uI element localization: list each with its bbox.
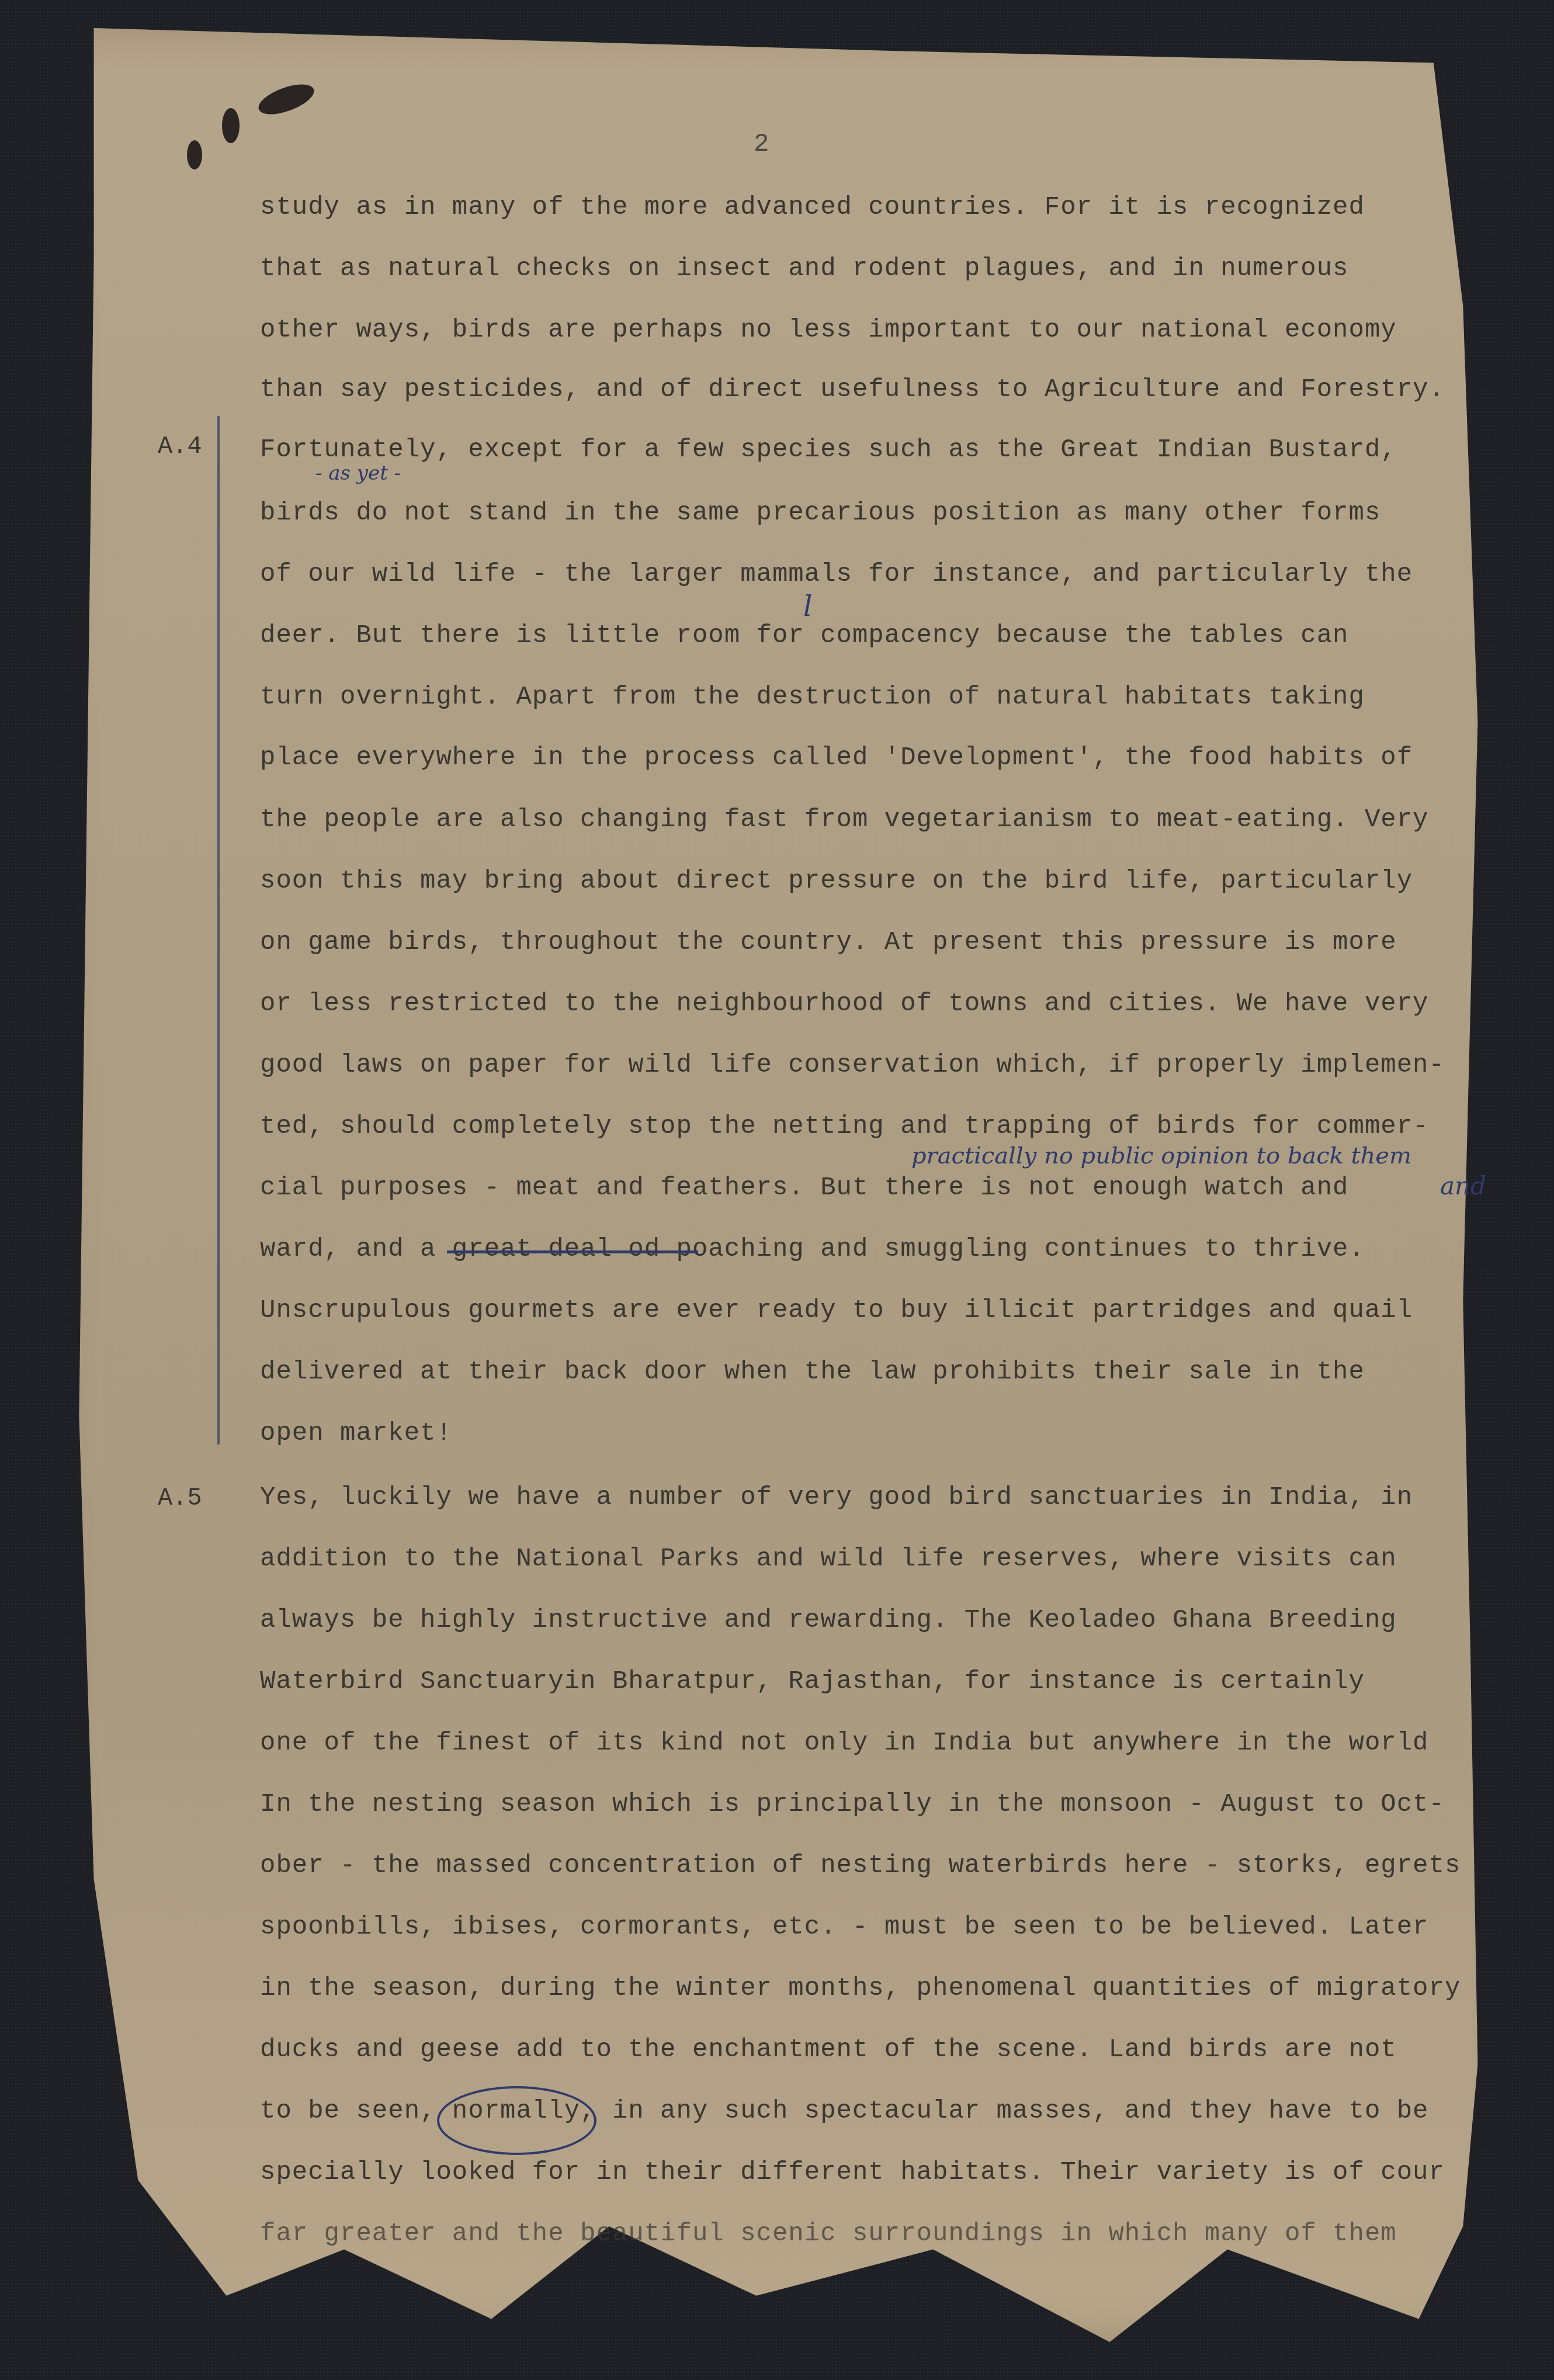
text-line: deer. But there is little room for compa… (260, 621, 1349, 650)
text-line: cial purposes - meat and feathers. But t… (260, 1173, 1349, 1203)
margin-bracket (217, 416, 220, 1444)
strikethrough-line (447, 1250, 698, 1253)
text-line: one of the finest of its kind not only i… (260, 1728, 1429, 1758)
text-line: the people are also changing fast from v… (260, 805, 1429, 834)
text-line: ducks and geese add to the enchantment o… (260, 2035, 1397, 2064)
text-line: spoonbills, ibises, cormorants, etc. - m… (260, 1913, 1429, 1942)
text-line: always be highly instructive and rewardi… (260, 1606, 1397, 1635)
text-line: or less restricted to the neighbourhood … (260, 989, 1429, 1018)
text-line: turn overnight. Apart from the destructi… (260, 683, 1365, 712)
text-line: soon this may bring about direct pressur… (260, 867, 1413, 896)
text-line: than say pesticides, and of direct usefu… (260, 375, 1445, 404)
handwritten-insert-as-yet: - as yet - (315, 462, 401, 485)
circled-word-normally (437, 2086, 596, 2155)
text-line: to be seen, normally, in any such specta… (260, 2097, 1429, 2126)
text-line: of our wild life - the larger mammals fo… (260, 560, 1413, 589)
text-line: birds do not stand in the same precariou… (260, 498, 1380, 528)
burn-mark (187, 140, 202, 169)
text-line: Waterbird Sanctuaryin Bharatpur, Rajasth… (260, 1667, 1365, 1696)
text-line: far greater and the beautiful scenic sur… (260, 2219, 1397, 2249)
answer-label-a5: A.5 (158, 1484, 202, 1512)
text-line: Yes, luckily we have a number of very go… (260, 1483, 1413, 1512)
text-line: other ways, birds are perhaps no less im… (260, 316, 1397, 345)
text-line: ted, should completely stop the netting … (260, 1112, 1429, 1141)
text-line: Fortunately, except for a few species su… (260, 435, 1397, 465)
handwritten-insert-practically: practically no public opinion to back th… (911, 1142, 1411, 1169)
text-line: good laws on paper for wild life conserv… (260, 1051, 1445, 1080)
text-line: ward, and a great deal od poaching and s… (260, 1235, 1365, 1264)
handwritten-insert-and: and (1440, 1172, 1486, 1200)
text-line: specially looked for in their different … (260, 2158, 1445, 2187)
text-line: delivered at their back door when the la… (260, 1357, 1365, 1387)
text-line: open market! (260, 1419, 452, 1448)
burn-mark (222, 108, 240, 143)
text-line: study as in many of the more advanced co… (260, 193, 1365, 222)
text-line: in the season, during the winter months,… (260, 1974, 1461, 2003)
text-line: place everywhere in the process called '… (260, 743, 1413, 772)
text-line: In the nesting season which is principal… (260, 1790, 1445, 1819)
handwritten-insert-l: l (803, 590, 812, 623)
text-line: ober - the massed concentration of nesti… (260, 1851, 1461, 1880)
text-line: addition to the National Parks and wild … (260, 1544, 1397, 1574)
answer-label-a4: A.4 (158, 432, 202, 460)
page-number: 2 (754, 130, 769, 159)
text-line: that as natural checks on insect and rod… (260, 254, 1349, 283)
text-line: on game birds, throughout the country. A… (260, 928, 1397, 957)
text-line: Unscrupulous gourmets are ever ready to … (260, 1296, 1413, 1325)
